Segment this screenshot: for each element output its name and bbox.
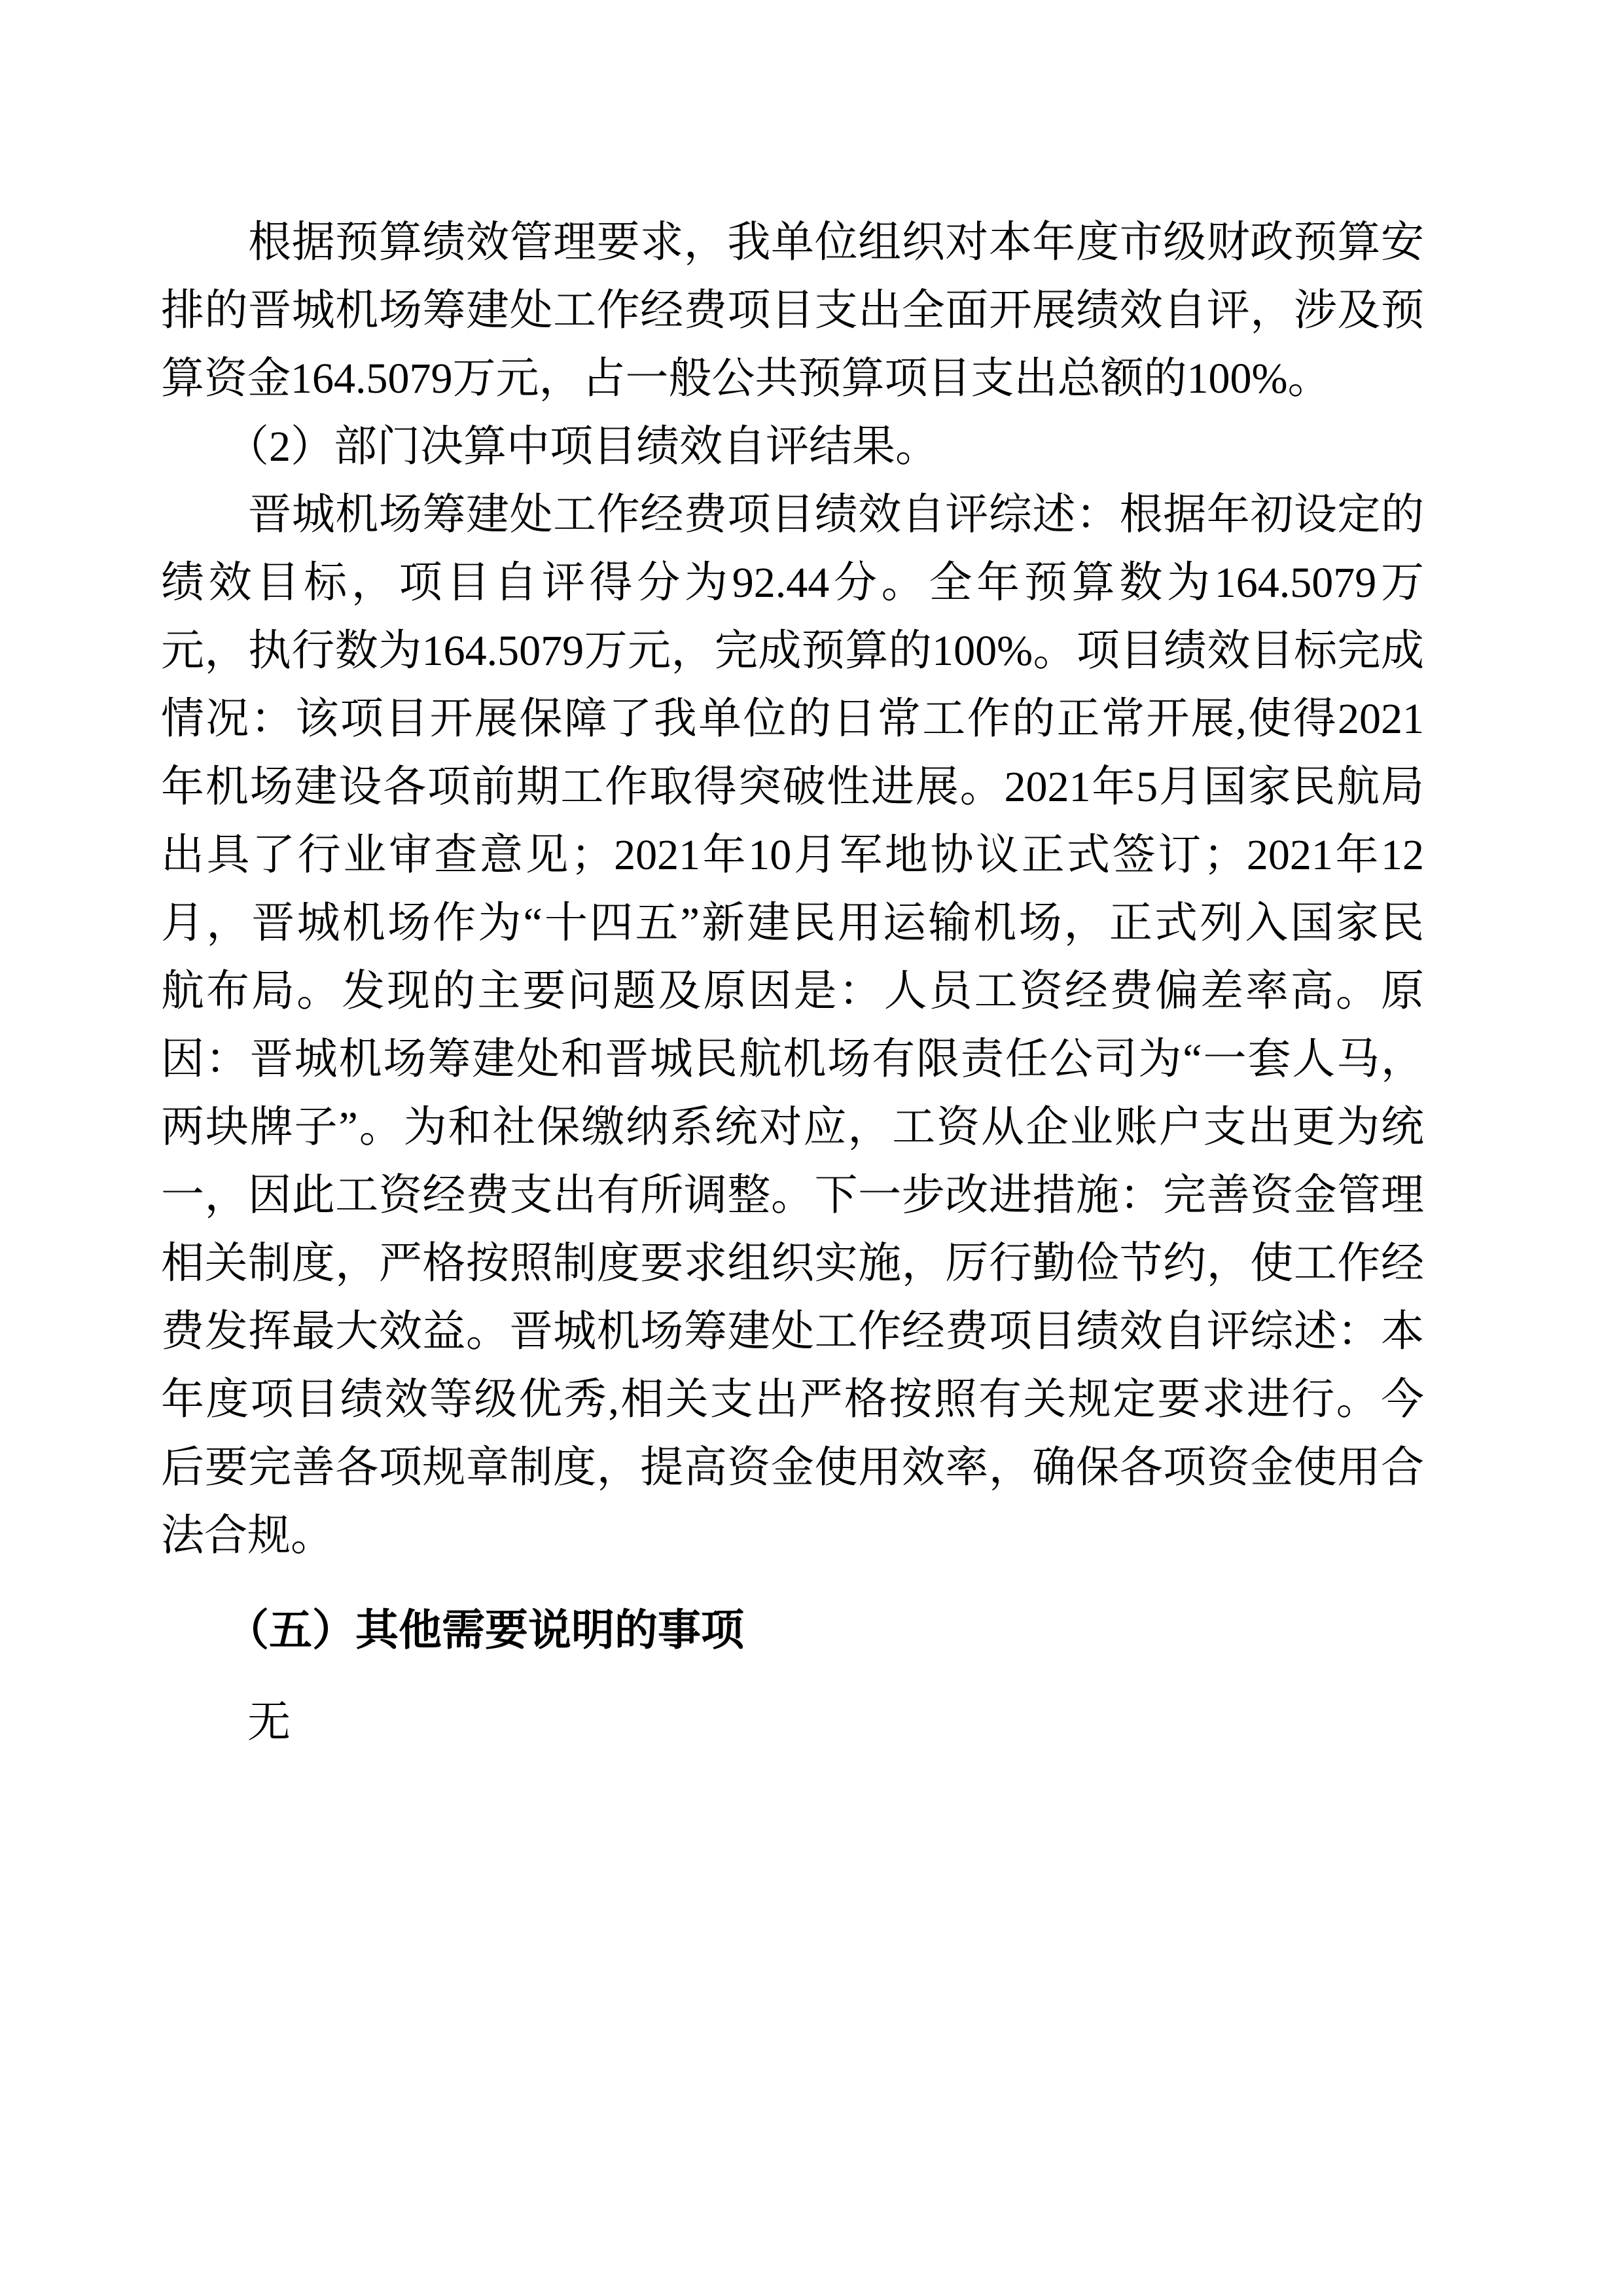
text-line: 年机场建设各项前期工作取得突破性进展。2021年5月国家民航局	[161, 753, 1424, 821]
text-line: 两块牌子”。为和社保缴纳系统对应，工资从企业账户支出更为统	[161, 1094, 1424, 1162]
text-line: 相关制度，严格按照制度要求组织实施，厉行勤俭节约，使工作经	[161, 1230, 1424, 1298]
text-line: 排的晋城机场筹建处工作经费项目支出全面开展绩效自评，涉及预	[161, 277, 1424, 345]
text-line: 绩效目标，项目自评得分为92.44分。全年预算数为164.5079万	[161, 549, 1424, 617]
text-line: 一，因此工资经费支出有所调整。下一步改进措施：完善资金管理	[161, 1162, 1424, 1230]
paragraph: 根据预算绩效管理要求，我单位组织对本年度市级财政预算安排的晋城机场筹建处工作经费…	[161, 209, 1424, 413]
text-line: 航布局。发现的主要问题及原因是：人员工资经费偏差率高。原	[161, 958, 1424, 1026]
text-line: 根据预算绩效管理要求，我单位组织对本年度市级财政预算安	[161, 209, 1424, 277]
text-line: 因：晋城机场筹建处和晋城民航机场有限责任公司为“一套人马，	[161, 1026, 1424, 1094]
document-text-block: 根据预算绩效管理要求，我单位组织对本年度市级财政预算安排的晋城机场筹建处工作经费…	[161, 209, 1424, 1757]
section-heading: （五）其他需要说明的事项	[161, 1597, 1424, 1665]
text-line: 月，晋城机场作为“十四五”新建民用运输机场，正式列入国家民	[161, 889, 1424, 958]
text-line: 法合规。	[161, 1502, 1424, 1570]
paragraph: 晋城机场筹建处工作经费项目绩效自评综述：根据年初设定的绩效目标，项目自评得分为9…	[161, 481, 1424, 1570]
text-line: 费发挥最大效益。晋城机场筹建处工作经费项目绩效自评综述：本	[161, 1298, 1424, 1366]
document-page: 根据预算绩效管理要求，我单位组织对本年度市级财政预算安排的晋城机场筹建处工作经费…	[0, 0, 1623, 2296]
text-line: （2）部门决算中项目绩效自评结果。	[161, 413, 1424, 481]
text-line: 年度项目绩效等级优秀,相关支出严格按照有关规定要求进行。今	[161, 1366, 1424, 1434]
paragraph: 无	[161, 1689, 1424, 1757]
text-line: 出具了行业审查意见；2021年10月军地协议正式签订；2021年12	[161, 821, 1424, 889]
heading-line: （五）其他需要说明的事项	[161, 1597, 1424, 1665]
text-line: 算资金164.5079万元，占一般公共预算项目支出总额的100%。	[161, 345, 1424, 413]
text-line: 情况：该项目开展保障了我单位的日常工作的正常开展,使得2021	[161, 685, 1424, 753]
text-line: 晋城机场筹建处工作经费项目绩效自评综述：根据年初设定的	[161, 481, 1424, 549]
text-line: 元，执行数为164.5079万元，完成预算的100%。项目绩效目标完成	[161, 617, 1424, 685]
paragraph: （2）部门决算中项目绩效自评结果。	[161, 413, 1424, 481]
text-line: 无	[161, 1689, 1424, 1757]
text-line: 后要完善各项规章制度，提高资金使用效率，确保各项资金使用合	[161, 1434, 1424, 1502]
